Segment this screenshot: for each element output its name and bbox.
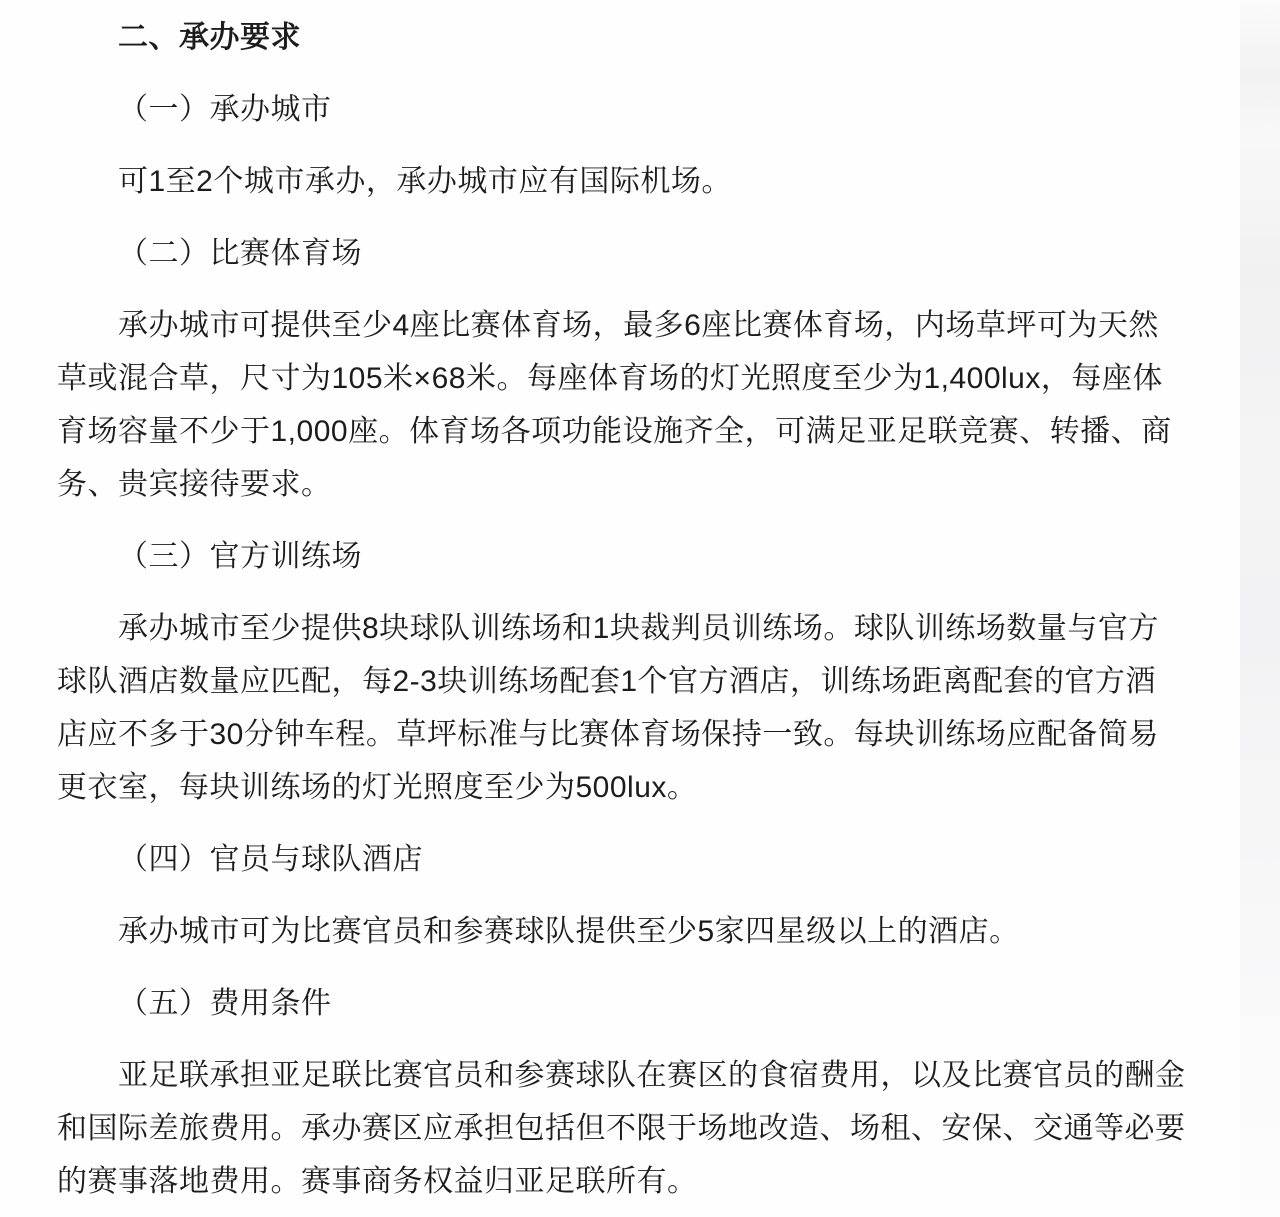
paragraph: 承办城市可为比赛官员和参赛球队提供至少5家四星级以上的酒店。 [57,905,1197,958]
document-content: 二、承办要求 （一）承办城市可1至2个城市承办，承办城市应有国际机场。（二）比赛… [57,11,1197,1208]
paragraph-line: 亚足联承担亚足联比赛官员和参赛球队在赛区的食宿费用，以及比赛官员的酬金 [57,1049,1197,1102]
section-heading: （四）官员与球队酒店 [57,833,1197,886]
paragraph-line: 的赛事落地费用。赛事商务权益归亚足联所有。 [57,1155,1197,1208]
section-heading: （五）费用条件 [57,977,1197,1030]
paragraph-line: 店应不多于30分钟车程。草坪标准与比赛体育场保持一致。每块训练场应配备简易 [57,708,1197,761]
section-heading: （三）官方训练场 [57,530,1197,583]
right-edge-shading [1240,0,1280,1217]
document-page: 二、承办要求 （一）承办城市可1至2个城市承办，承办城市应有国际机场。（二）比赛… [0,0,1280,1217]
paragraph-line: 承办城市可提供至少4座比赛体育场，最多6座比赛体育场，内场草坪可为天然 [57,299,1197,352]
section-heading: （一）承办城市 [57,83,1197,136]
paragraph-line: 和国际差旅费用。承办赛区应承担包括但不限于场地改造、场租、安保、交通等必要 [57,1102,1197,1155]
paragraph-line: 球队酒店数量应匹配，每2-3块训练场配套1个官方酒店，训练场距离配套的官方酒 [57,655,1197,708]
section-heading: （二）比赛体育场 [57,227,1197,280]
paragraph-line: 育场容量不少于1,000座。体育场各项功能设施齐全，可满足亚足联竞赛、转播、商 [57,405,1197,458]
paragraph-line: 草或混合草，尺寸为105米×68米。每座体育场的灯光照度至少为1,400lux，… [57,352,1197,405]
paragraph-line: 承办城市可为比赛官员和参赛球队提供至少5家四星级以上的酒店。 [57,905,1197,958]
paragraph-line: 更衣室，每块训练场的灯光照度至少为500lux。 [57,761,1197,814]
sections-container: （一）承办城市可1至2个城市承办，承办城市应有国际机场。（二）比赛体育场承办城市… [57,83,1197,1208]
paragraph-line: 承办城市至少提供8块球队训练场和1块裁判员训练场。球队训练场数量与官方 [57,602,1197,655]
paragraph-line: 务、贵宾接待要求。 [57,458,1197,511]
paragraph: 亚足联承担亚足联比赛官员和参赛球队在赛区的食宿费用，以及比赛官员的酬金和国际差旅… [57,1049,1197,1208]
paragraph: 可1至2个城市承办，承办城市应有国际机场。 [57,155,1197,208]
document-title: 二、承办要求 [57,11,1197,64]
paragraph: 承办城市可提供至少4座比赛体育场，最多6座比赛体育场，内场草坪可为天然草或混合草… [57,299,1197,511]
paragraph-line: 可1至2个城市承办，承办城市应有国际机场。 [57,155,1197,208]
paragraph: 承办城市至少提供8块球队训练场和1块裁判员训练场。球队训练场数量与官方球队酒店数… [57,602,1197,814]
